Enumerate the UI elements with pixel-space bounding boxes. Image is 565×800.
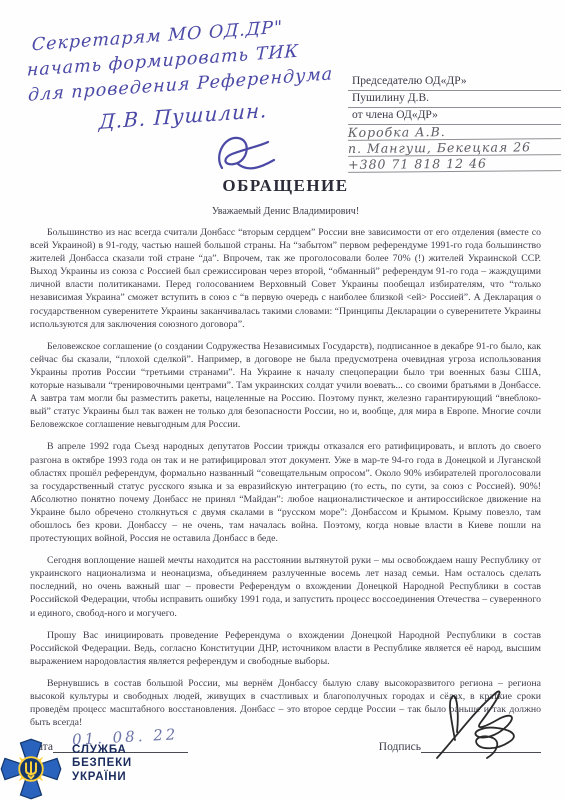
paragraph: Сегодня воплощение нашей мечты находится… [30, 554, 541, 619]
sender-handwritten-block: Коробка А.В. п. Мангуш, Бекецкая 26 +380… [348, 123, 561, 173]
page-title: ОБРАЩЕНИЕ [30, 176, 541, 196]
paragraph: Прошу Вас инициировать проведение Рефере… [30, 629, 541, 668]
sbu-watermark: СЛУЖБА БЕЗПЕКИ УКРАЇНИ [0, 738, 132, 800]
sender-address: п. Мангуш, Бекецкая 26 [348, 139, 561, 157]
addressee-line: Председателю ОД«ДР» [348, 74, 561, 91]
letter-body: ОБРАЩЕНИЕ Уважаемый Денис Владимирович! … [30, 176, 541, 729]
paragraph: Большинство из нас всегда считали Донбас… [30, 226, 541, 331]
signature-group: Подпись [379, 740, 541, 753]
paragraph: В апреле 1992 года Съезд народных депута… [30, 440, 541, 545]
sbu-org-line: БЕЗПЕКИ [72, 757, 132, 771]
sender-phone: +380 71 818 12 46 [348, 155, 561, 173]
addressee-line: Пушилину Д.В. [348, 91, 561, 108]
sender-name: Коробка А.В. [348, 123, 561, 141]
sbu-org-name: СЛУЖБА БЕЗПЕКИ УКРАЇНИ [72, 744, 132, 795]
salutation: Уважаемый Денис Владимирович! [30, 206, 541, 217]
signature-flourish-icon [208, 128, 280, 180]
scanned-appeal-document: Секретарям МО ОД.ДР" начать формировать … [0, 0, 565, 800]
addressee-block: Председателю ОД«ДР» Пушилину Д.В. от чле… [348, 74, 561, 172]
signature-label: Подпись [379, 741, 421, 753]
sbu-emblem-icon [0, 738, 62, 800]
handwritten-annotation: Секретарям МО ОД.ДР" начать формировать … [29, 10, 362, 139]
paragraph: Беловежское соглашение (о создании Содру… [30, 340, 541, 432]
sbu-org-line: УКРАЇНИ [72, 771, 132, 785]
sbu-org-line: СЛУЖБА [72, 744, 132, 758]
signature-scribble-icon [427, 688, 537, 763]
